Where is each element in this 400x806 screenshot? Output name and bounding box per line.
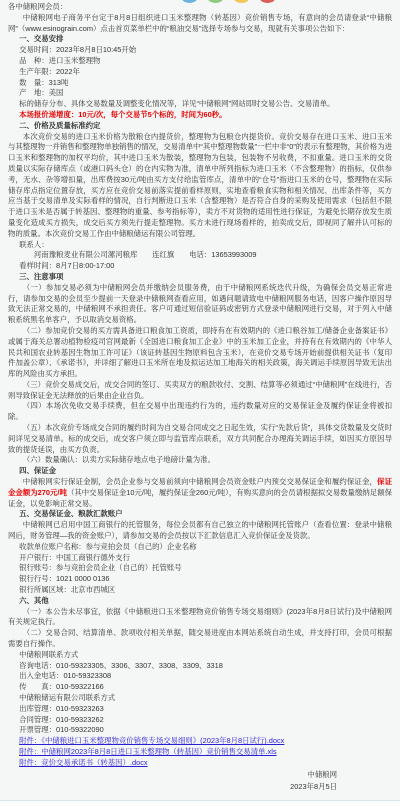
signature-org: 中储粮网 [8, 769, 337, 781]
remittance-paragraph: 中储粮网已启用中国工商银行的托管服务，每位会员都有自己独立的中储粮网托管账户（查… [8, 520, 392, 542]
fund-phone-line: 出入金电话：010-59323308 [8, 671, 392, 682]
signature-block: 中储粮网 2023年8月5日 [8, 769, 392, 793]
contact-label: 联系人： [8, 240, 392, 251]
share-red-icon[interactable] [260, 0, 275, 3]
payee-account-name-line: 收款单位账户名称：参与竞拍会员（自己的）企业名称 [8, 542, 392, 553]
section-6-title: 六、其他 [8, 596, 392, 607]
share-blue-icon[interactable] [182, 0, 197, 3]
storage-note-line: 标的储存分布、具体交易数量及调整变化情况等，详见“中储粮网”网站即时交易公告、交… [8, 99, 392, 110]
grain-net-contact-header: 中储粮网联系方式 [8, 650, 392, 661]
bank-code-line: 银行行号：1021 0000 0136 [8, 574, 392, 585]
attachment-link-rules-docx[interactable]: 附件：《中储粮进口玉米整理物竞价销售专场交易细则》(2023年8月8日试行).d… [8, 736, 392, 747]
share-yellow-icon[interactable] [234, 0, 249, 3]
intro-paragraph: 中储粮网电子商务平台定于8月8日组织进口玉米整理物（转基因）竞价销售专场，有意向… [8, 13, 392, 35]
deposit-text-before: 中储粮网实行保证金制，会员企业参与交易前须向中储粮网会员资金账户内预交交易保证金… [23, 477, 377, 486]
attachment-link-commitment-docx[interactable]: 附件：竞价交易承诺书（转基因）.docx [8, 758, 392, 769]
notice-paragraph-5: （五）本次竞价专场成交合同的履约时间为自交易合同成交之日起生效，实行“先款后货”… [8, 423, 392, 455]
signature-date: 2023年8月5日 [8, 781, 337, 793]
storage-company-contact-header: 中储粮储运有限公司联系方式 [8, 693, 392, 704]
section-4-title: 四、保证金 [8, 466, 392, 477]
outbound-phone-line: 出库管理：010-59323263 [8, 704, 392, 715]
bid-increment-red-note: 本场报价递增度：10元/次，每个交易节5个标的，时间为60秒。 [8, 110, 392, 121]
variety-line: 品 种：进口玉米整理物 [8, 56, 392, 67]
notice-paragraph-6: （六）数量确认：以卖方实际储存地点电子地磅计量为准。 [8, 455, 392, 466]
bank-name-line: 开户银行：中国工商银行德外支行 [8, 553, 392, 564]
share-icons [182, 0, 275, 3]
section-1-title: 一、交易安排 [8, 34, 392, 45]
invoice-phone-line: 开票管理：010-59322090 [8, 725, 392, 736]
bottom-divider [0, 800, 400, 806]
other-paragraph-1: （一）本公告未尽事宜，依据《中储粮进口玉米整理物竞价销售专场交易细则》(2023… [8, 607, 392, 629]
section-2-title: 二、价格及质量标准约定 [8, 121, 392, 132]
notice-paragraph-1: （一）参加交易必须为中储粮网会员并缴纳会员服务费，由于中储粮网系统迭代升级，为确… [8, 283, 392, 326]
sample-time-line: 看样时间：8月7日8:00-17:00 [8, 261, 392, 272]
contact-line: 河南豫粮麦业有限公司漯河粮库 连红旗 电话：13653993009 [8, 250, 392, 261]
production-year-line: 生产年限：2022年 [8, 67, 392, 78]
share-green-icon[interactable] [208, 0, 223, 3]
attachment-link-trade-list-xls[interactable]: 附件：中储粮网2023年8月8日进口玉米整理物（转基因）竞价销售交易清单.xls [8, 747, 392, 758]
trade-time-line: 交易时间：2023年8月8日10:45开始 [8, 45, 392, 56]
consult-phone-line: 咨询电话：010-59323305、3306、3307、3308、3309、33… [8, 661, 392, 672]
origin-line: 产 地：美国 [8, 88, 392, 99]
deposit-paragraph: 中储粮网实行保证金制，会员企业参与交易前须向中储粮网会员资金账户内预交交易保证金… [8, 477, 392, 509]
fax-line: 传 真：010-59322166 [8, 682, 392, 693]
section-3-title: 三、注意事项 [8, 272, 392, 283]
notice-paragraph-4: （四）本场次免收交易手续费，但在交易中出现违约行为的，违约数量对应的交易保证金及… [8, 401, 392, 423]
bank-account-line: 银行账号：参与竞拍会员企业（自己的）托管账号 [8, 563, 392, 574]
notice-paragraph-2: （二）参加竞价交易的买方需具备进口粮食加工资质，即持有在有效期内的《进口粮谷加工… [8, 326, 392, 380]
announcement-document: 各中储粮网会员： 中储粮网电子商务平台定于8月8日组织进口玉米整理物（转基因）竞… [0, 0, 400, 793]
price-quality-paragraph: 本次竞价交易的进口玉米价格为散粮仓内提货价，整理物为包粮仓内提货价。竞价交易存在… [8, 132, 392, 240]
quantity-line: 数 量：313吨 [8, 78, 392, 89]
bank-region-line: 银行所属区域：北京市西城区 [8, 585, 392, 596]
contract-phone-line: 合同管理：010-59323262 [8, 715, 392, 726]
section-5-title: 五、交易保证金、粮款汇款账户 [8, 509, 392, 520]
salutation: 各中储粮网会员： [8, 2, 392, 13]
other-paragraph-2: （二）交易合同、结算清单、款项收付相关单据，随交易进度由本网站系统自动生成，并支… [8, 628, 392, 650]
notice-paragraph-3: （三）竞价交易成交后，成交合同的签订、买卖双方的粮款收付、交割、结算等必须通过“… [8, 380, 392, 402]
